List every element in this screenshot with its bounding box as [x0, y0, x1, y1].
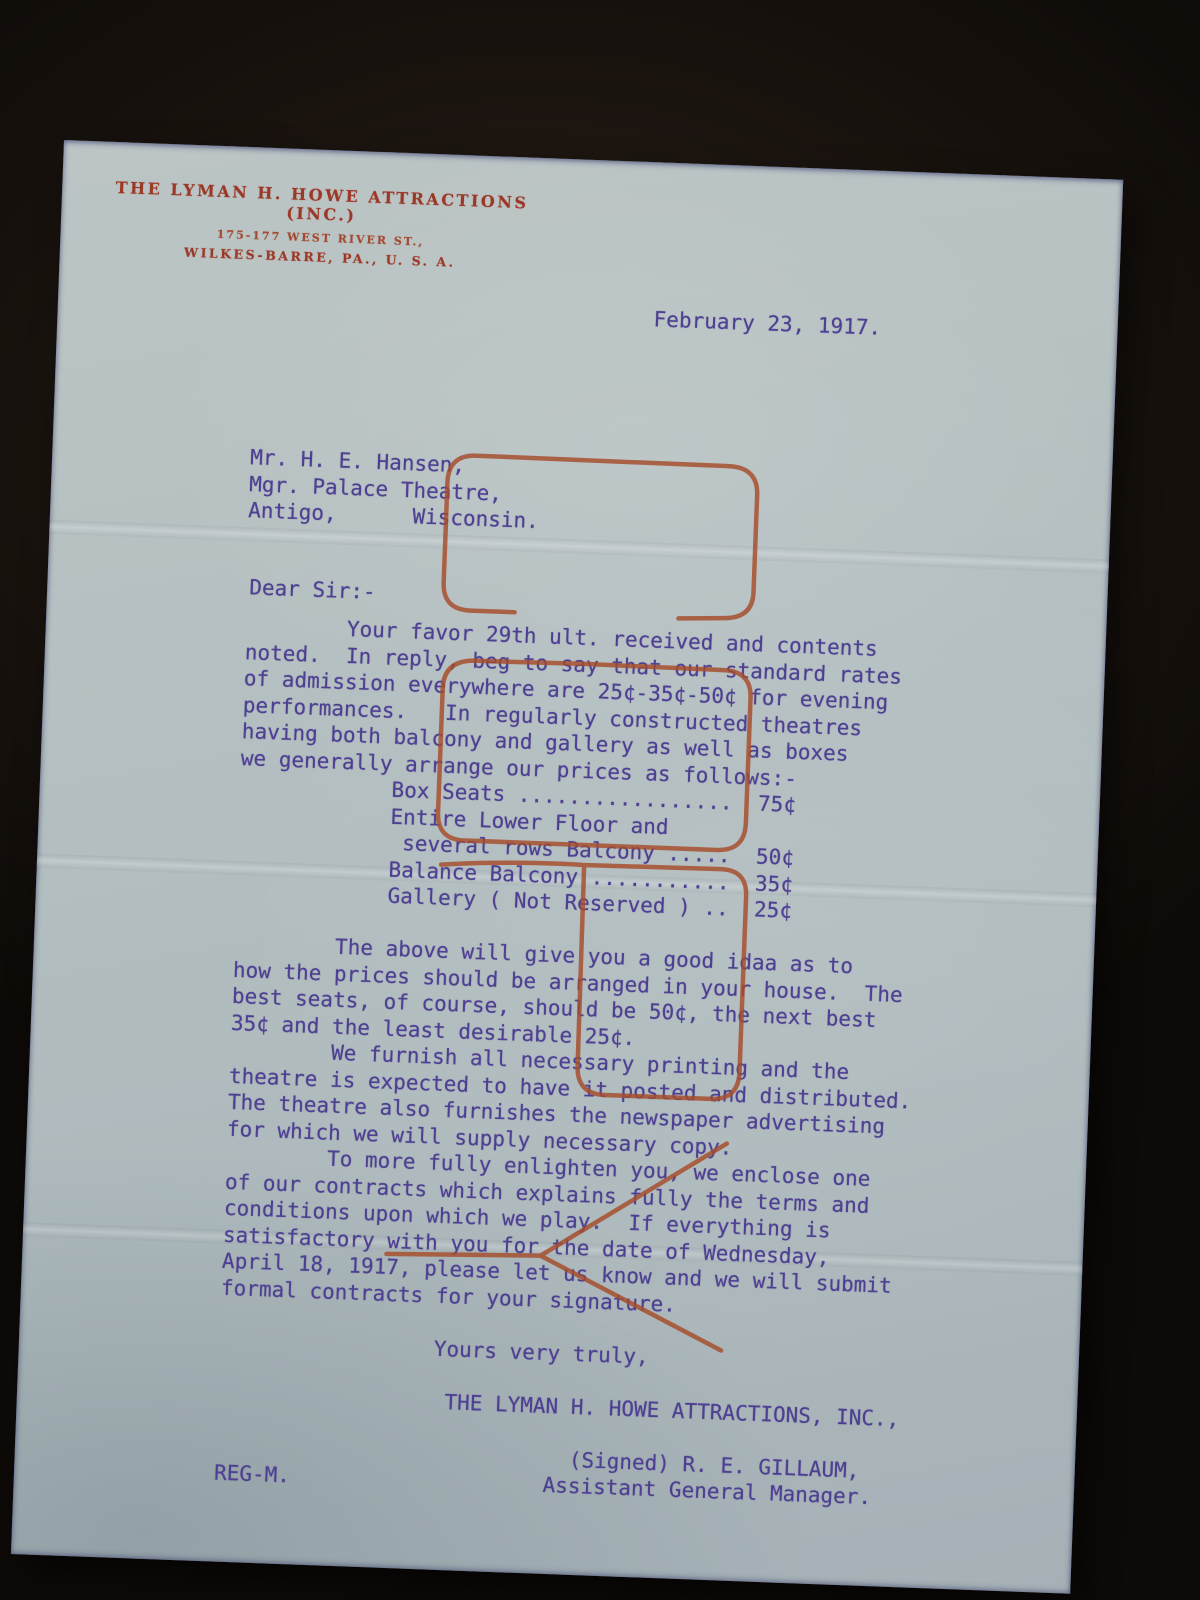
recipient-block: Mr. H. E. Hansen,Mgr. Palace Theatre,Ant…: [248, 444, 542, 534]
letterhead: THE LYMAN H. HOWE ATTRACTIONS (INC.) 175…: [90, 177, 553, 273]
letter-body: Your favor 29th ult. received and conten…: [214, 612, 929, 1511]
photo-background: THE LYMAN H. HOWE ATTRACTIONS (INC.) 175…: [0, 0, 1200, 1600]
date-line: February 23, 1917.: [653, 306, 881, 341]
letter-paper: THE LYMAN H. HOWE ATTRACTIONS (INC.) 175…: [11, 140, 1123, 1594]
salutation: Dear Sir:-: [249, 574, 376, 605]
fold-crease-top: [49, 520, 1109, 574]
letterhead-company: THE LYMAN H. HOWE ATTRACTIONS (INC.): [91, 177, 552, 232]
